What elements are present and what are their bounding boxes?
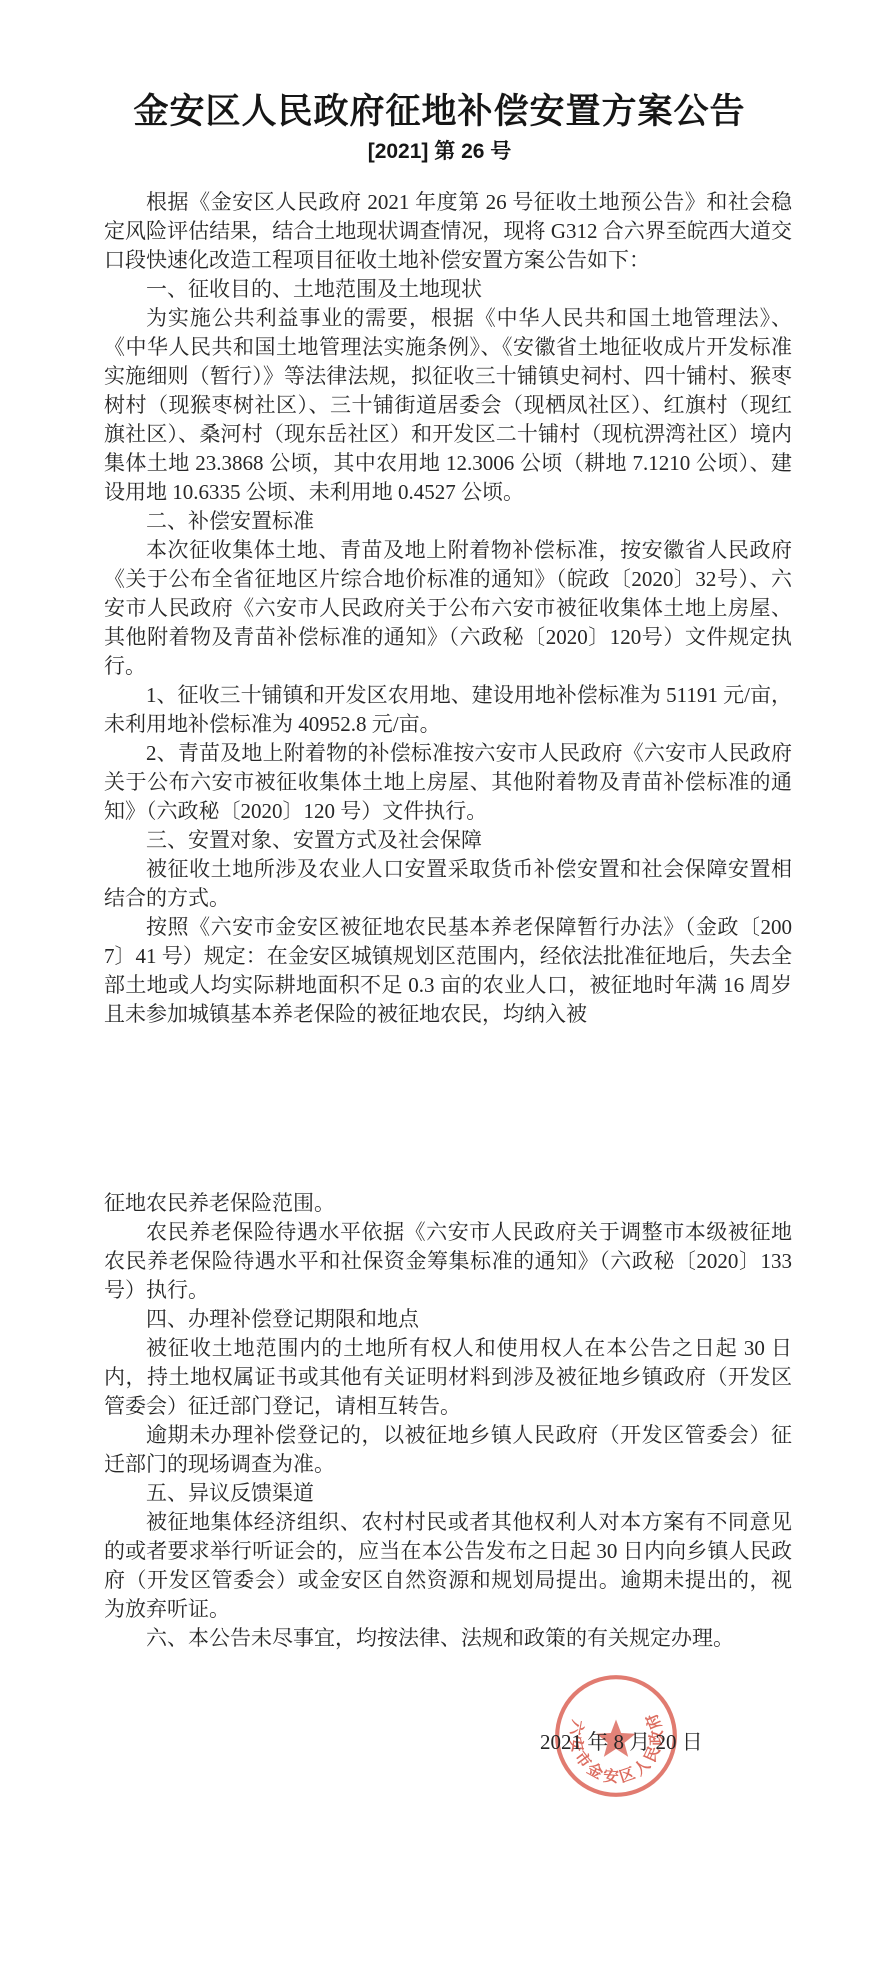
section3-paragraph3: 农民养老保险待遇水平依据《六安市人民政府关于调整市本级被征地农民养老保险待遇水平… — [104, 1218, 792, 1305]
section4-paragraph2: 逾期未办理补偿登记的，以被征地乡镇人民政府（开发区管委会）征迁部门的现场调查为准… — [104, 1421, 792, 1479]
section4-heading: 四、办理补偿登记期限和地点 — [104, 1305, 792, 1334]
section3-paragraph2-part2: 征地农民养老保险范围。 — [104, 1189, 792, 1218]
section1-paragraph: 为实施公共利益事业的需要，根据《中华人民共和国土地管理法》、《中华人民共和国土地… — [104, 304, 792, 507]
section3-paragraph1: 被征收土地所涉及农业人口安置采取货币补偿安置和社会保障安置相结合的方式。 — [104, 855, 792, 913]
announcement-document: 金安区人民政府征地补偿安置方案公告 [2021] 第 26 号 根据《金安区人民… — [0, 0, 879, 1986]
section5-heading: 五、异议反馈渠道 — [104, 1479, 792, 1508]
page-break-gap — [104, 1029, 792, 1189]
issue-date: 2021 年 8 月 20 日 — [540, 1728, 703, 1757]
document-number: [2021] 第 26 号 — [0, 135, 879, 165]
section2-item1: 1、征收三十铺镇和开发区农用地、建设用地补偿标准为 51191 元/亩，未利用地… — [104, 681, 792, 739]
section3-heading: 三、安置对象、安置方式及社会保障 — [104, 826, 792, 855]
intro-paragraph: 根据《金安区人民政府 2021 年度第 26 号征收土地预公告》和社会稳定风险评… — [104, 188, 792, 275]
section2-item2: 2、青苗及地上附着物的补偿标准按六安市人民政府《六安市人民政府关于公布六安市被征… — [104, 739, 792, 826]
section4-paragraph1: 被征收土地范围内的土地所有权人和使用权人在本公告之日起 30 日内，持土地权属证… — [104, 1334, 792, 1421]
section5-paragraph: 被征地集体经济组织、农村村民或者其他权利人对本方案有不同意见的或者要求举行听证会… — [104, 1508, 792, 1624]
section2-paragraph1: 本次征收集体土地、青苗及地上附着物补偿标准，按安徽省人民政府《关于公布全省征地区… — [104, 536, 792, 681]
page-title: 金安区人民政府征地补偿安置方案公告 — [0, 84, 879, 134]
document-body: 根据《金安区人民政府 2021 年度第 26 号征收土地预公告》和社会稳定风险评… — [104, 188, 792, 1653]
section3-paragraph2-part1: 按照《六安市金安区被征地农民基本养老保障暂行办法》（金政〔2007〕41 号）规… — [104, 913, 792, 1029]
section6-paragraph: 六、本公告未尽事宜，均按法律、法规和政策的有关规定办理。 — [104, 1624, 792, 1653]
section1-heading: 一、征收目的、土地范围及土地现状 — [104, 275, 792, 304]
section2-heading: 二、补偿安置标准 — [104, 507, 792, 536]
